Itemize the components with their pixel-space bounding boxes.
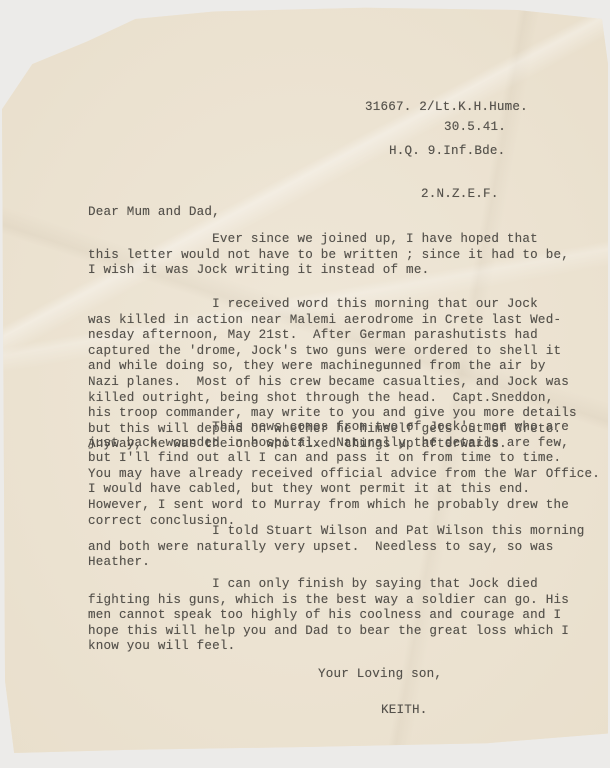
letter-header: 31667. 2/Lt.K.H.Hume. H.Q. 9.Inf.Bde. 2.…	[365, 71, 528, 216]
signature: KEITH.	[381, 703, 428, 719]
paragraph-3: This news comes from two of Jock's men w…	[88, 420, 600, 529]
sender-name: 31667. 2/Lt.K.H.Hume.	[365, 100, 528, 115]
paragraph-4: I told Stuart Wilson and Pat Wilson this…	[88, 524, 584, 571]
sender-force: 2.N.Z.E.F.	[365, 187, 528, 202]
salutation: Dear Mum and Dad,	[88, 205, 220, 221]
letter-date: 30.5.41.	[444, 120, 506, 136]
paragraph-5: I can only finish by saying that Jock di…	[88, 577, 569, 655]
paragraph-1: Ever since we joined up, I have hoped th…	[88, 232, 569, 279]
sender-unit: H.Q. 9.Inf.Bde.	[365, 144, 528, 159]
closing: Your Loving son,	[318, 667, 442, 683]
